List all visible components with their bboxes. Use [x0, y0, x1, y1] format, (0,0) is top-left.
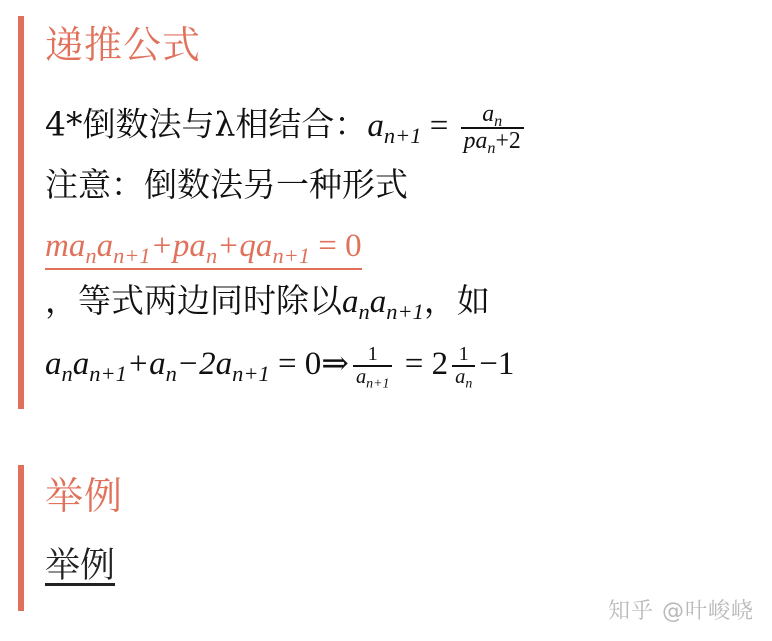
line-label: 4*倒数法与λ相结合： [45, 105, 367, 144]
divide-both-sides-line: ，等式两边同时除以anan+1，如 [45, 284, 490, 319]
recurrence-formula: an+1 = anpan+2 [367, 108, 527, 144]
example-derivation-line: anan+1+an−2an+1 = 0⇒1an+1 = 21an−1 [45, 344, 514, 389]
section-heading: 递推公式 [45, 26, 201, 64]
section-heading: 举例 [45, 477, 123, 515]
lambda-reciprocal-line: 4*倒数法与λ相结合：an+1 = anpan+2 [45, 102, 528, 154]
note-line: 注意：倒数法另一种形式 [45, 168, 408, 201]
fraction: 1an+1 [353, 344, 393, 389]
fraction: anpan+2 [461, 102, 524, 154]
watermark: 知乎 @叶峻峣 [608, 594, 754, 625]
example-link[interactable]: 举例 [45, 549, 115, 584]
section-recurrence: 递推公式 4*倒数法与λ相结合：an+1 = anpan+2 注意：倒数法另一种… [18, 16, 764, 409]
section-example: 举例 举例 [18, 465, 764, 611]
alt-form-formula-link[interactable]: manan+1+pan+qan+1 = 0 [45, 228, 362, 263]
fraction: 1an [452, 344, 475, 389]
